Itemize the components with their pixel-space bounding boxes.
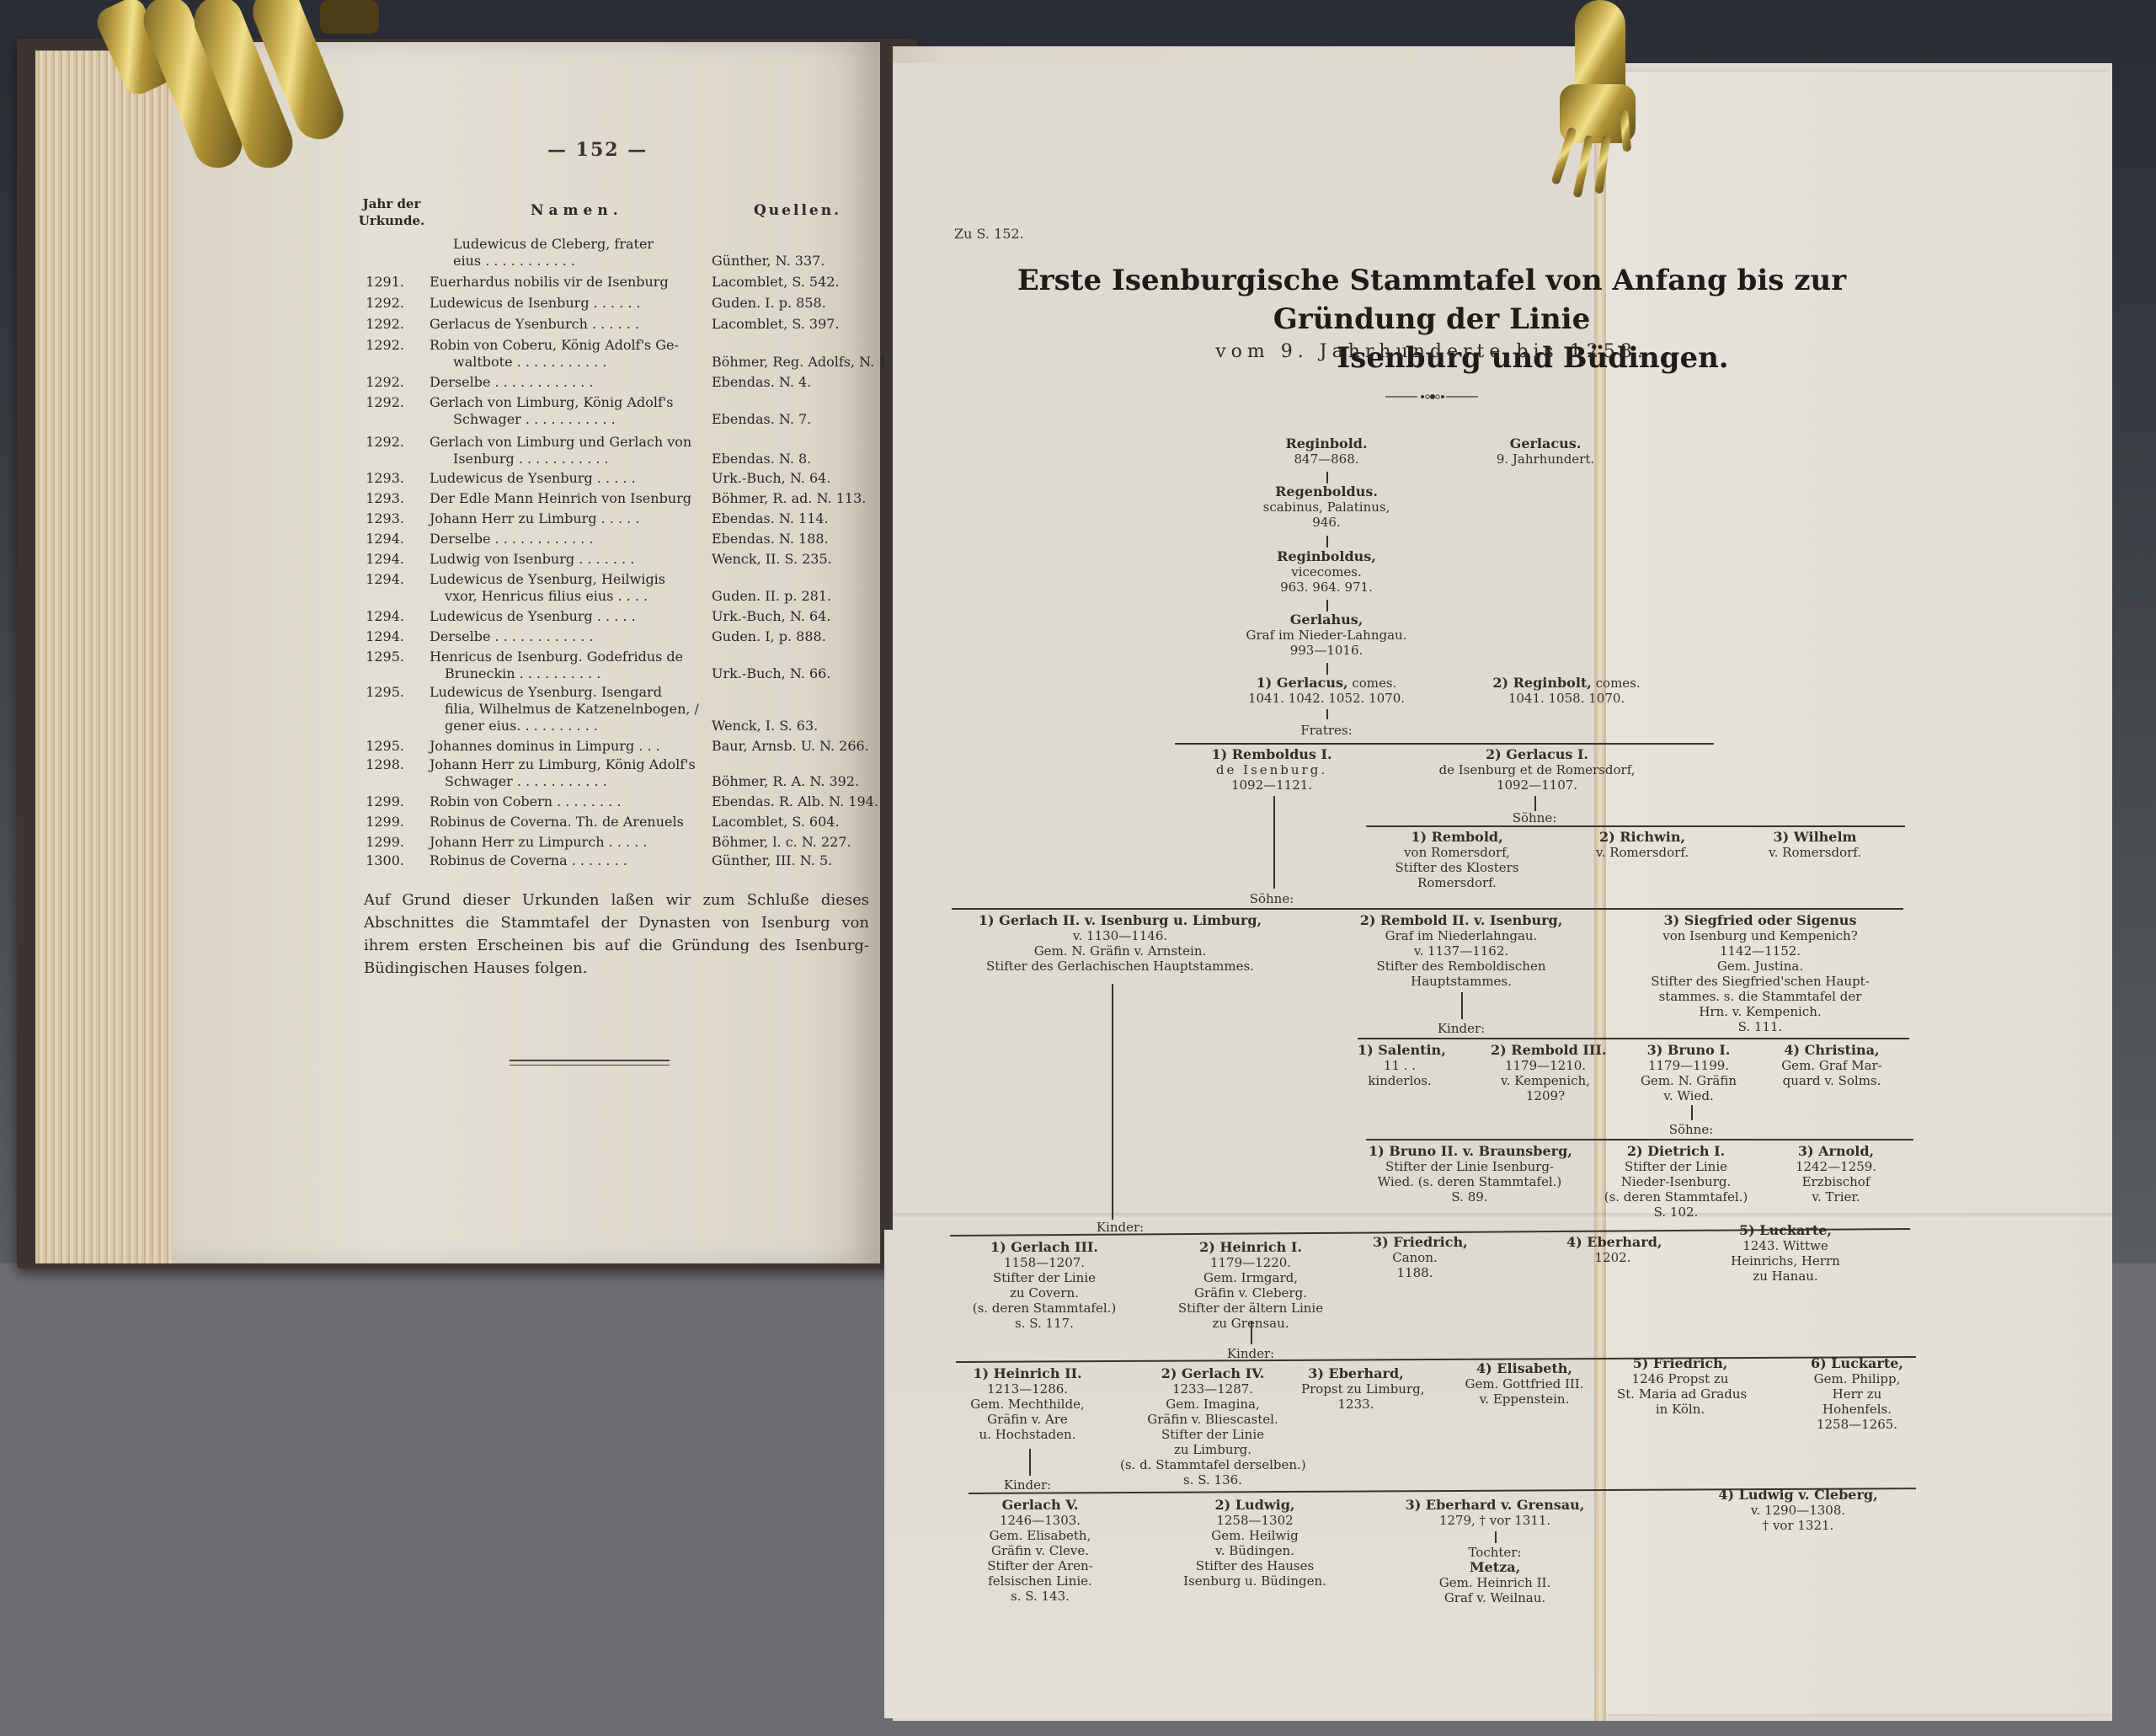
tree-rule	[952, 908, 1903, 910]
title-line-1: Erste Isenburgische Stammtafel von Anfan…	[952, 261, 1912, 339]
tree-node-elisabeth: 4) Elisabeth,Gem. Gottfried III.v. Eppen…	[1457, 1361, 1592, 1407]
tree-node-dietrich-i: 2) Dietrich I.Stifter der LinieNieder-Is…	[1600, 1144, 1752, 1220]
tree-rule	[1366, 825, 1905, 827]
tree-node-regenboldus: Regenboldus.scabinus, Palatinus,946.	[1246, 484, 1406, 530]
tree-connector	[1495, 1531, 1497, 1543]
tree-connector	[1326, 472, 1328, 483]
tree-node-luckarte-1: 5) Luckarte,1243. WittweHeinrichs, Herrn…	[1718, 1223, 1853, 1284]
tree-node-friedrich-propst: 5) Friedrich,1246 Propst zuSt. Maria ad …	[1617, 1356, 1743, 1417]
page-number: — 152 —	[547, 139, 648, 161]
tree-connector	[1251, 1321, 1252, 1344]
tree-connector	[1029, 1449, 1031, 1476]
tree-node-richwin: 2) Richwin,v. Romersdorf.	[1596, 830, 1689, 860]
tree-node-metza: Tochter:Metza,Gem. Heinrich II.Graf v. W…	[1423, 1545, 1566, 1605]
tree-node-christina: 4) Christina,Gem. Graf Mar-quard v. Solm…	[1769, 1043, 1895, 1088]
tree-connector	[1273, 796, 1275, 889]
tree-label-soehne: Söhne:	[1509, 810, 1560, 825]
stammtafel-subtitle: vom 9. Jahrhunderte bis 1258.	[1179, 341, 1684, 362]
tree-connector	[1112, 984, 1113, 1220]
tree-node-heinrich-ii: 1) Heinrich II.1213—1286.Gem. Mechthilde…	[960, 1366, 1095, 1442]
column-header-names: Namen.	[531, 202, 623, 219]
tree-label-kinder: Kinder:	[1436, 1021, 1486, 1036]
tree-node-eberhard: 4) Eberhard,1202.	[1566, 1235, 1659, 1265]
tree-node-ludwig-cleberg: 4) Ludwig v. Cleberg,v. 1290—1308.† vor …	[1705, 1488, 1891, 1533]
tree-node-gerlach-iii: 1) Gerlach III.1158—1207.Stifter der Lin…	[969, 1240, 1120, 1331]
list-item: filia, Wilhelmus de Katzenelnbogen, / ge…	[354, 701, 859, 734]
tree-rule	[1366, 1139, 1913, 1140]
ornament-divider-icon	[1385, 393, 1478, 401]
tree-label-soehne: Söhne:	[1666, 1122, 1716, 1137]
fold-crease-horizontal	[893, 1213, 2112, 1220]
brass-hand-clip-left-icon	[93, 0, 371, 177]
page-stack-edge	[35, 51, 187, 1263]
column-header-sources: Quellen.	[754, 202, 841, 219]
tree-connector	[1691, 1105, 1693, 1120]
tree-connector	[1461, 992, 1463, 1019]
tree-connector	[1326, 600, 1328, 612]
tree-node-remboldus-i: 1) Remboldus I.de Isenburg.1092—1121.	[1196, 747, 1347, 793]
closing-paragraph: Auf Grund dieser Urkunden laßen wir zum …	[364, 889, 869, 980]
tree-node-gerlach-iv: 2) Gerlach IV.1233—1287.Gem. Imagina,Grä…	[1120, 1366, 1305, 1488]
tree-label-soehne: Söhne:	[1246, 891, 1297, 906]
tree-node-heinrich-i: 2) Heinrich I.1179—1220.Gem. Irmgard,Grä…	[1166, 1240, 1335, 1331]
tree-connector	[1326, 663, 1328, 675]
tree-node-bruno-i: 3) Bruno I.1179—1199.Gem. N. Gräfinv. Wi…	[1630, 1043, 1748, 1103]
reference-label: Zu S. 152.	[954, 226, 1024, 242]
tree-node-siegfried: 3) Siegfried oder Sigenusvon Isenburg un…	[1621, 913, 1899, 1034]
tree-node-ludwig-buedingen: 2) Ludwig,1258—1302Gem. Heilwigv. Büding…	[1162, 1498, 1347, 1589]
tree-node-gerlacus-root: Gerlacus.9. Jahrhundert.	[1478, 436, 1613, 467]
tree-connector	[1326, 536, 1328, 548]
tree-label-fratres: Fratres:	[1293, 723, 1360, 738]
end-rule-divider	[510, 1060, 670, 1066]
tree-node-gerlacus-i: 2) Gerlacus I.de Isenburg et de Romersdo…	[1398, 747, 1676, 793]
tree-node-gerlacus-comes: 1) Gerlacus, comes.1041. 1042. 1052. 107…	[1230, 676, 1423, 706]
column-header-year: Jahr der Urkunde.	[350, 195, 434, 229]
tree-node-rembold-ii: 2) Rembold II. v. Isenburg,Graf im Niede…	[1356, 913, 1566, 989]
tree-node-eberhard-propst: 3) Eberhard,Propst zu Limburg,1233.	[1301, 1366, 1411, 1412]
tree-node-gerlahus: Gerlahus,Graf im Nieder-Lahngau.993—1016…	[1234, 612, 1419, 658]
tree-node-bruno-ii: 1) Bruno II. v. Braunsberg,Stifter der L…	[1369, 1144, 1571, 1205]
tree-node-arnold: 3) Arnold,1242—1259.Erzbischofv. Trier.	[1777, 1144, 1895, 1205]
tree-node-friedrich-canon: 3) Friedrich,Canon.1188.	[1373, 1235, 1457, 1280]
tree-node-luckarte-2: 6) Luckarte,Gem. Philipp,Herr zuHohenfel…	[1794, 1356, 1920, 1432]
tree-node-salentin: 1) Salentin,11 . .kinderlos.	[1358, 1043, 1442, 1088]
tree-node-rembold-iii: 2) Rembold III.1179—1210.v. Kempenich,12…	[1491, 1043, 1600, 1103]
tree-node-eberhard-grensau: 3) Eberhard v. Grensau,1279, † vor 1311.	[1398, 1498, 1592, 1528]
tree-node-reginbolt-comes: 2) Reginbolt, comes.1041. 1058. 1070.	[1482, 676, 1651, 706]
tree-node-reginbold: Reginbold.847—868.	[1263, 436, 1390, 467]
brass-hand-clip-right-icon	[1541, 0, 1659, 194]
tree-label-kinder: Kinder:	[1095, 1220, 1145, 1235]
tree-node-rembold-romersdorf: 1) Rembold,von Romersdorf,Stifter des Kl…	[1381, 830, 1533, 890]
tree-node-wilhelm: 3) Wilhelmv. Romersdorf.	[1760, 830, 1870, 860]
tree-rule	[1175, 743, 1714, 745]
tree-rule	[1358, 1038, 1909, 1039]
tree-node-reginboldus: Reginboldus,vicecomes.963. 964. 971.	[1246, 549, 1406, 595]
tree-node-gerlach-ii: 1) Gerlach II. v. Isenburg u. Limburg,v.…	[952, 913, 1289, 974]
tree-connector	[1326, 709, 1328, 719]
tree-connector	[1534, 796, 1536, 811]
document-entries-list: Ludewicus de Cleberg, frater eius . . . …	[0, 0, 1, 1]
tree-label-kinder: Kinder:	[1002, 1477, 1053, 1493]
tree-node-gerlach-v: Gerlach V.1246—1303.Gem. Elisabeth,Gräfi…	[969, 1498, 1112, 1604]
